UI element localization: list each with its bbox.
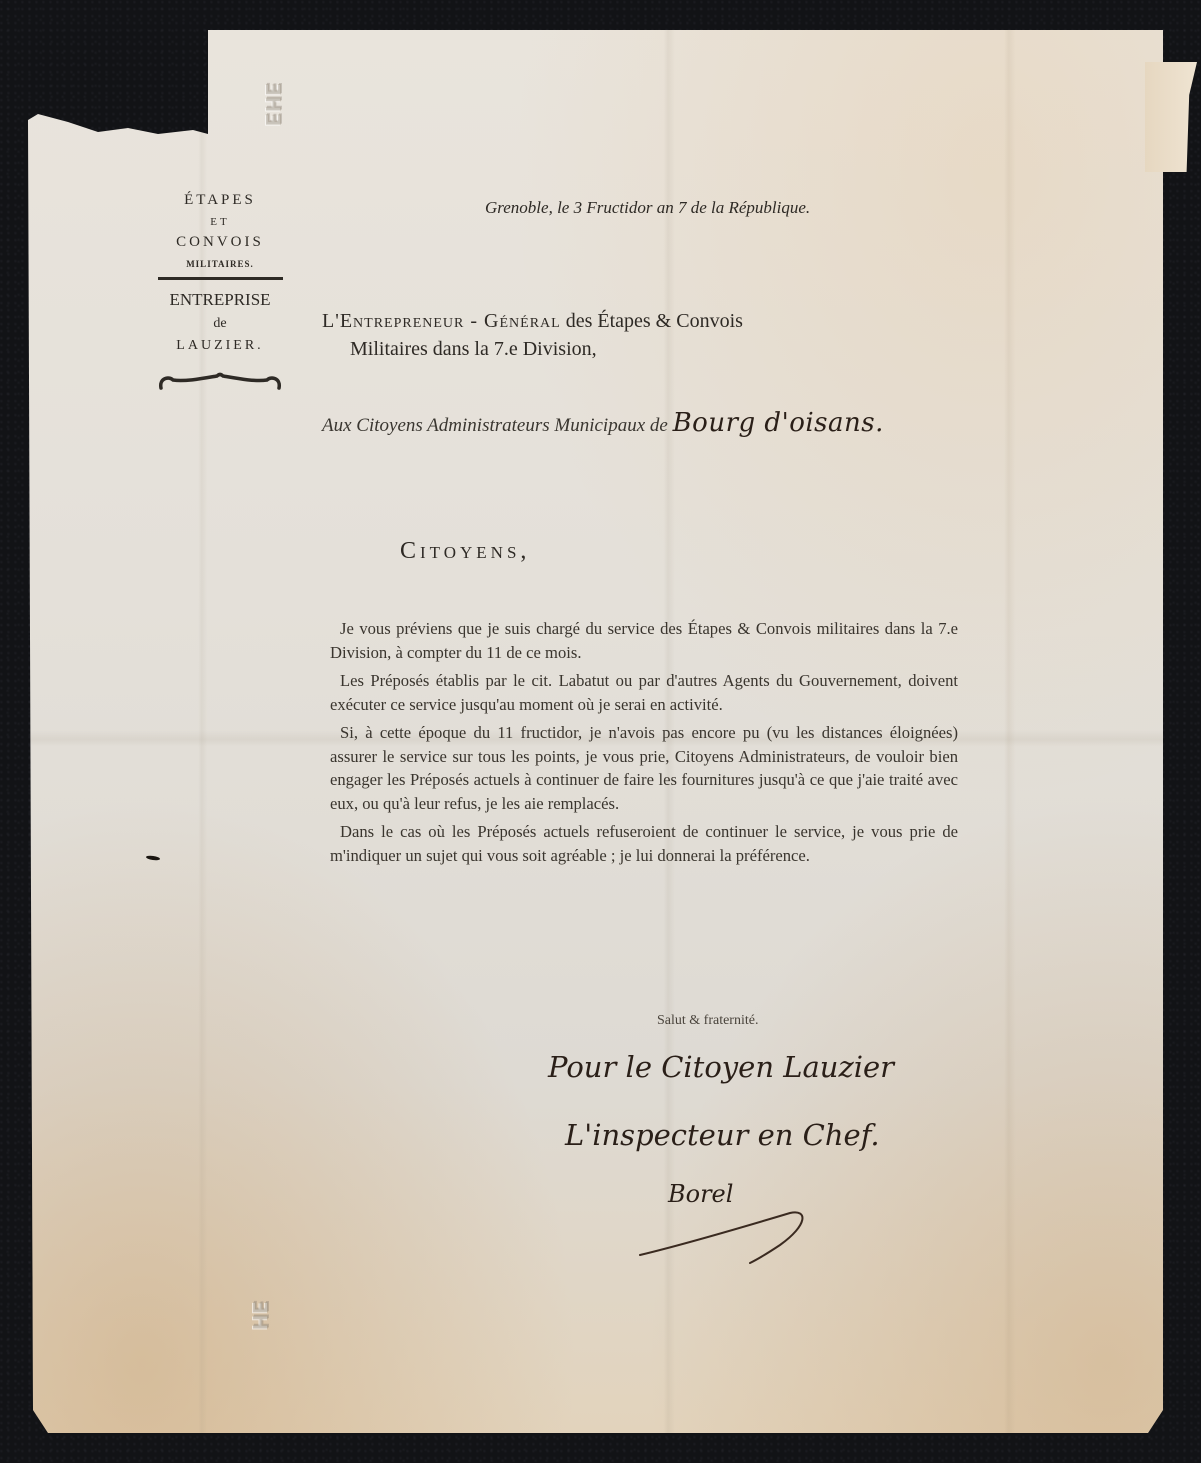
- letter-body: Je vous préviens que je suis chargé du s…: [330, 617, 958, 872]
- heading-line2: Militaires dans la 7.e Division,: [322, 335, 743, 363]
- embossed-stamp-bottom: ƎH: [248, 1300, 272, 1330]
- signature-line-2: L'inspecteur en Chef.: [565, 1118, 880, 1152]
- closing: Salut & fraternité.: [657, 1013, 758, 1029]
- sidebar-convois: CONVOIS: [145, 234, 295, 251]
- letter-heading: L'Entrepreneur - Général des Étapes & Co…: [322, 307, 743, 363]
- sidebar-militaires: MILITAIRES.: [145, 259, 295, 269]
- body-paragraph-3: Si, à cette époque du 11 fructidor, je n…: [330, 721, 958, 815]
- sidebar-de: de: [145, 316, 295, 332]
- recipient-address: Aux Citoyens Administrateurs Municipaux …: [322, 408, 884, 438]
- letterhead-sidebar: ÉTAPES ET CONVOIS MILITAIRES. ENTREPRISE…: [145, 192, 295, 394]
- flourish-ornament-icon: [155, 368, 285, 394]
- embossed-stamp-top: ƎHƎ: [261, 82, 285, 126]
- signature-name: Borel: [668, 1180, 733, 1208]
- sidebar-lauzier: LAUZIER.: [145, 338, 295, 354]
- sidebar-rule: [158, 277, 283, 280]
- heading-rest: des Étapes & Convois: [561, 310, 743, 332]
- sidebar-etapes: ÉTAPES: [145, 192, 295, 209]
- signature-paraph-icon: [630, 1205, 810, 1265]
- signature-line-1: Pour le Citoyen Lauzier: [548, 1050, 894, 1084]
- address-handwritten: Bourg d'oisans.: [673, 408, 884, 438]
- address-printed: Aux Citoyens Administrateurs Municipaux …: [322, 415, 668, 436]
- sidebar-et: ET: [145, 216, 295, 228]
- salutation: Citoyens,: [400, 538, 530, 565]
- heading-title: L'Entrepreneur - Général: [322, 310, 561, 332]
- document: ƎHƎ ƎH ÉTAPES ET CONVOIS MILITAIRES. ENT…: [0, 0, 1201, 1463]
- sidebar-entreprise: ENTREPRISE: [145, 290, 295, 310]
- body-paragraph-2: Les Préposés établis par le cit. Labatut…: [330, 669, 958, 716]
- pin-hole: [146, 855, 160, 861]
- body-paragraph-1: Je vous préviens que je suis chargé du s…: [330, 617, 958, 664]
- dateline: Grenoble, le 3 Fructidor an 7 de la Répu…: [485, 198, 810, 218]
- body-paragraph-4: Dans le cas où les Préposés actuels refu…: [330, 820, 958, 867]
